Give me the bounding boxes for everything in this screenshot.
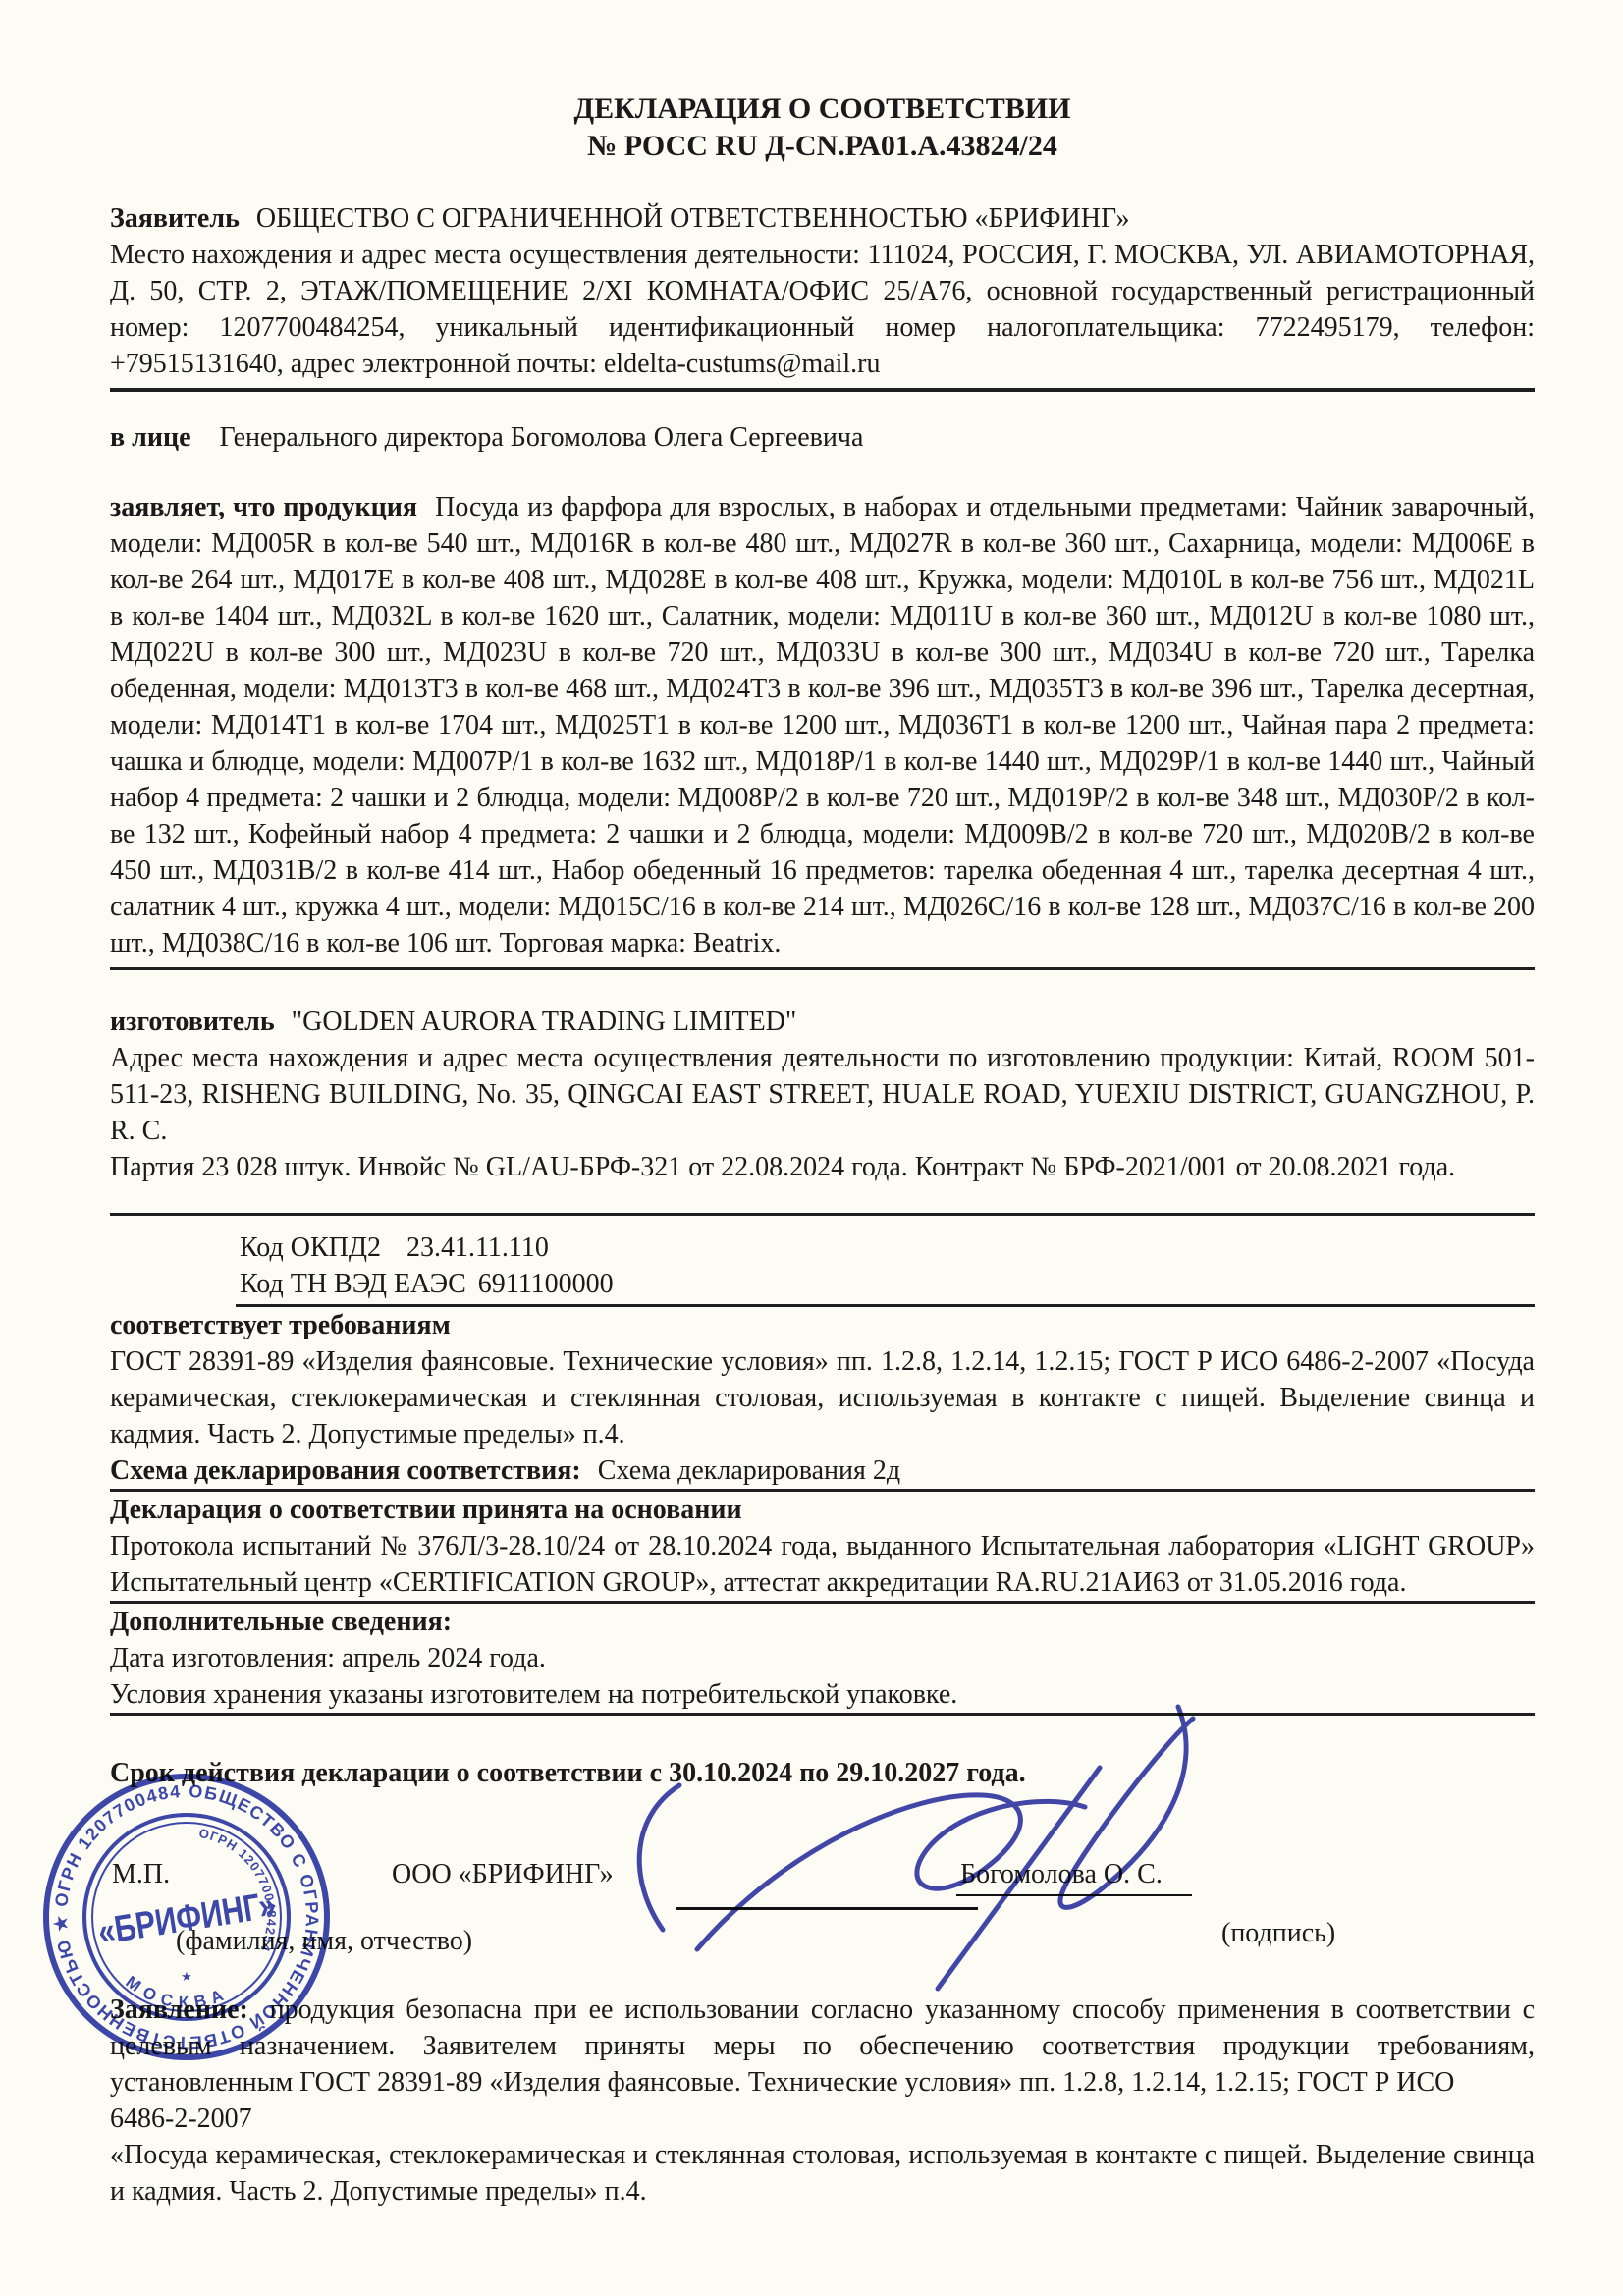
divider-before-codes bbox=[110, 1213, 1535, 1216]
sign-caption: (подпись) bbox=[1221, 1915, 1335, 1951]
okpd2-value: 23.41.11.110 bbox=[406, 1232, 549, 1263]
codes-block: Код ОКПД223.41.11.110 Код ТН ВЭД ЕАЭС691… bbox=[110, 1230, 1535, 1302]
divider-after-product bbox=[110, 967, 1535, 970]
applicant-label: Заявитель bbox=[110, 203, 240, 234]
tnved-code-line: Код ТН ВЭД ЕАЭС6911100000 bbox=[240, 1266, 1535, 1302]
basis-text: Протокола испытаний № 376Л/3-28.10/24 от… bbox=[110, 1528, 1535, 1601]
manufacturer-name: "GOLDEN AURORA TRADING LIMITED" bbox=[292, 1007, 797, 1037]
statement-part3: «Посуда керамическая, стеклокерамическая… bbox=[110, 2137, 1535, 2210]
scheme-line: Схема декларирования соответствия: Схема… bbox=[110, 1452, 1535, 1489]
company-stamp-icon: ОБЩЕСТВО С ОГРАНИЧЕННОЙ ОТВЕТСТВЕННОСТЬЮ… bbox=[39, 1770, 334, 2064]
basis-heading: Декларация о соответствии принята на осн… bbox=[110, 1492, 1535, 1528]
product-section: заявляет, что продукция Посуда из фарфор… bbox=[110, 489, 1535, 961]
representative-label: в лице bbox=[110, 422, 191, 453]
manufacturer-line: изготовитель "GOLDEN AURORA TRADING LIMI… bbox=[110, 1004, 1535, 1040]
divider-after-applicant bbox=[110, 388, 1535, 392]
okpd2-code-line: Код ОКПД223.41.11.110 bbox=[240, 1230, 1535, 1266]
applicant-name: ОБЩЕСТВО С ОГРАНИЧЕННОЙ ОТВЕТСТВЕННОСТЬЮ… bbox=[256, 203, 1130, 234]
tnved-label: Код ТН ВЭД ЕАЭС bbox=[240, 1269, 466, 1299]
declaration-number: № РОСС RU Д-CN.РА01.А.43824/24 bbox=[110, 128, 1535, 165]
representative-line: в лице Генерального директора Богомолова… bbox=[110, 419, 1535, 456]
manufacturer-batch: Партия 23 028 штук. Инвойс № GL/AU-БРФ-3… bbox=[110, 1149, 1535, 1185]
okpd2-label: Код ОКПД2 bbox=[240, 1232, 381, 1263]
compliance-standards: ГОСТ 28391-89 «Изделия фаянсовые. Технич… bbox=[110, 1343, 1535, 1452]
title-block: ДЕКЛАРАЦИЯ О СООТВЕТСТВИИ № РОСС RU Д-CN… bbox=[110, 90, 1535, 165]
manufacturer-label: изготовитель bbox=[110, 1007, 275, 1037]
additional-date: Дата изготовления: апрель 2024 года. bbox=[110, 1640, 1535, 1676]
applicant-details: Место нахождения и адрес места осуществл… bbox=[110, 237, 1535, 382]
manufacturer-address: Адрес места нахождения и адрес места осу… bbox=[110, 1040, 1535, 1149]
compliance-heading: соответствует требованиям bbox=[110, 1307, 1535, 1343]
scanned-declaration-page: ДЕКЛАРАЦИЯ О СООТВЕТСТВИИ № РОСС RU Д-CN… bbox=[0, 0, 1623, 2296]
product-label: заявляет, что продукция bbox=[110, 492, 417, 522]
representative-value: Генерального директора Богомолова Олега … bbox=[220, 422, 864, 453]
document-title: ДЕКЛАРАЦИЯ О СООТВЕТСТВИИ bbox=[110, 90, 1535, 128]
product-description: Посуда из фарфора для взрослых, в набора… bbox=[110, 492, 1535, 958]
applicant-line: Заявитель ОБЩЕСТВО С ОГРАНИЧЕННОЙ ОТВЕТС… bbox=[110, 200, 1535, 237]
additional-heading: Дополнительные сведения: bbox=[110, 1604, 1535, 1640]
handwritten-signature-icon bbox=[589, 1699, 1217, 1994]
tnved-value: 6911100000 bbox=[478, 1269, 614, 1299]
company-name: ООО «БРИФИНГ» bbox=[392, 1856, 614, 1892]
scheme-value: Схема декларирования 2д bbox=[598, 1455, 900, 1486]
stamp-center-text: «БРИФИНГ» bbox=[95, 1885, 278, 1953]
stamp-star-icon: ★ bbox=[181, 1969, 192, 1984]
statement-part2: 6486-2-2007 bbox=[110, 2101, 1535, 2137]
scheme-label: Схема декларирования соответствия: bbox=[110, 1455, 581, 1486]
